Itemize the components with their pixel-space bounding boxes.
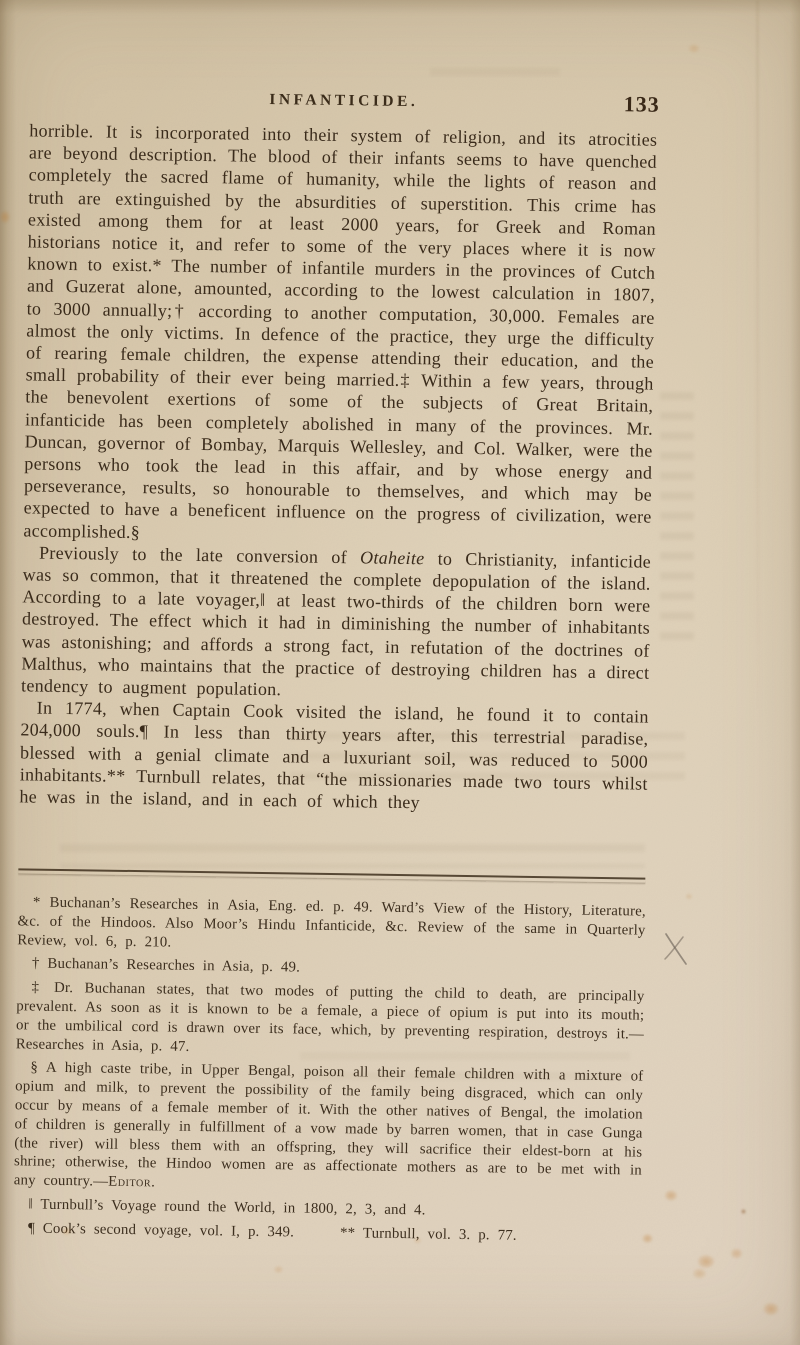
- paragraph-1-text: horrible. It is incorporated into their …: [23, 120, 657, 541]
- footnote-parallel-text: ‖ Turnbull’s Voyage round the World, in …: [28, 1196, 425, 1218]
- foxing-stain: [0, 208, 12, 226]
- footnote-dagger: † Buchanan’s Researches in Asia, p. 49.: [17, 955, 645, 983]
- foxing-stain: [694, 1252, 718, 1271]
- footnote-column-gap: [294, 1236, 340, 1237]
- paper-crease: [756, 0, 759, 720]
- pencil-x-mark: [663, 928, 691, 966]
- paragraph-2-text-b: to Christianity, infanticide was so comm…: [21, 548, 651, 699]
- body-text: horrible. It is incorporated into their …: [18, 119, 657, 870]
- foxing-stain: [760, 1300, 782, 1318]
- footnote-section-text: § A high caste tribe, in Upper Bengal, p…: [14, 1060, 644, 1190]
- running-title: INFANTICIDE.: [30, 87, 658, 114]
- foxing-stain: [728, 1246, 745, 1261]
- paragraph-2: Previously to the late conversion of Ota…: [21, 541, 651, 706]
- footnotes: * Buchanan’s Researches in Asia, Eng. ed…: [13, 893, 646, 1247]
- footnote-asterisk: * Buchanan’s Researches in Asia, Eng. ed…: [17, 893, 646, 959]
- foxing-stain: [686, 42, 702, 55]
- book-page-scan: INFANTICIDE. 133 horrible. It is incorpo…: [0, 0, 800, 1345]
- footnote-asterisk-text: * Buchanan’s Researches in Asia, Eng. ed…: [17, 895, 646, 951]
- footnote-rule: [18, 868, 645, 883]
- footnote-parallel: ‖ Turnbull’s Voyage round the World, in …: [13, 1195, 641, 1223]
- showthrough-smudge: [430, 68, 560, 84]
- foxing-stain: [684, 892, 694, 901]
- footnote-double-dagger: ‡ Dr. Buchanan states, that two modes of…: [16, 978, 645, 1062]
- footnote-double-dagger-text: ‡ Dr. Buchanan states, that two modes of…: [16, 980, 645, 1055]
- paragraph-1: horrible. It is incorporated into their …: [23, 119, 657, 550]
- footnote-pilcrow-row: ¶ Cook’s second voyage, vol. I, p. 349.*…: [13, 1219, 641, 1247]
- paragraph-3: In 1774, when Captain Cook visited the i…: [19, 697, 649, 817]
- foxing-stain: [640, 1232, 655, 1245]
- foxing-stain: [662, 1188, 680, 1203]
- showthrough-right-margin: [660, 392, 694, 642]
- foxing-stain: [740, 1208, 747, 1215]
- footnote-dagger-text: † Buchanan’s Researches in Asia, p. 49.: [32, 956, 300, 976]
- footnote-section: § A high caste tribe, in Upper Bengal, p…: [14, 1059, 644, 1200]
- printed-area: INFANTICIDE. 133 horrible. It is incorpo…: [13, 85, 658, 1252]
- paragraph-3-text: In 1774, when Captain Cook visited the i…: [19, 698, 649, 813]
- page-top-edge-shadow: [0, 0, 800, 14]
- page-right-edge-shadow: [790, 0, 800, 1345]
- foxing-stain: [690, 1266, 709, 1281]
- foxing-stain: [272, 1264, 285, 1275]
- paragraph-2-italic-otaheite: Otaheite: [360, 547, 425, 568]
- page-number: 133: [624, 91, 660, 118]
- footnote-double-asterisk-text: ** Turnbull, vol. 3. p. 77.: [340, 1225, 517, 1244]
- footnote-section-editor: Editor.: [108, 1174, 156, 1191]
- footnote-pilcrow-text: ¶ Cook’s second voyage, vol. I, p. 349.: [28, 1220, 294, 1240]
- paragraph-2-text-a: Previously to the late conversion of: [39, 542, 360, 567]
